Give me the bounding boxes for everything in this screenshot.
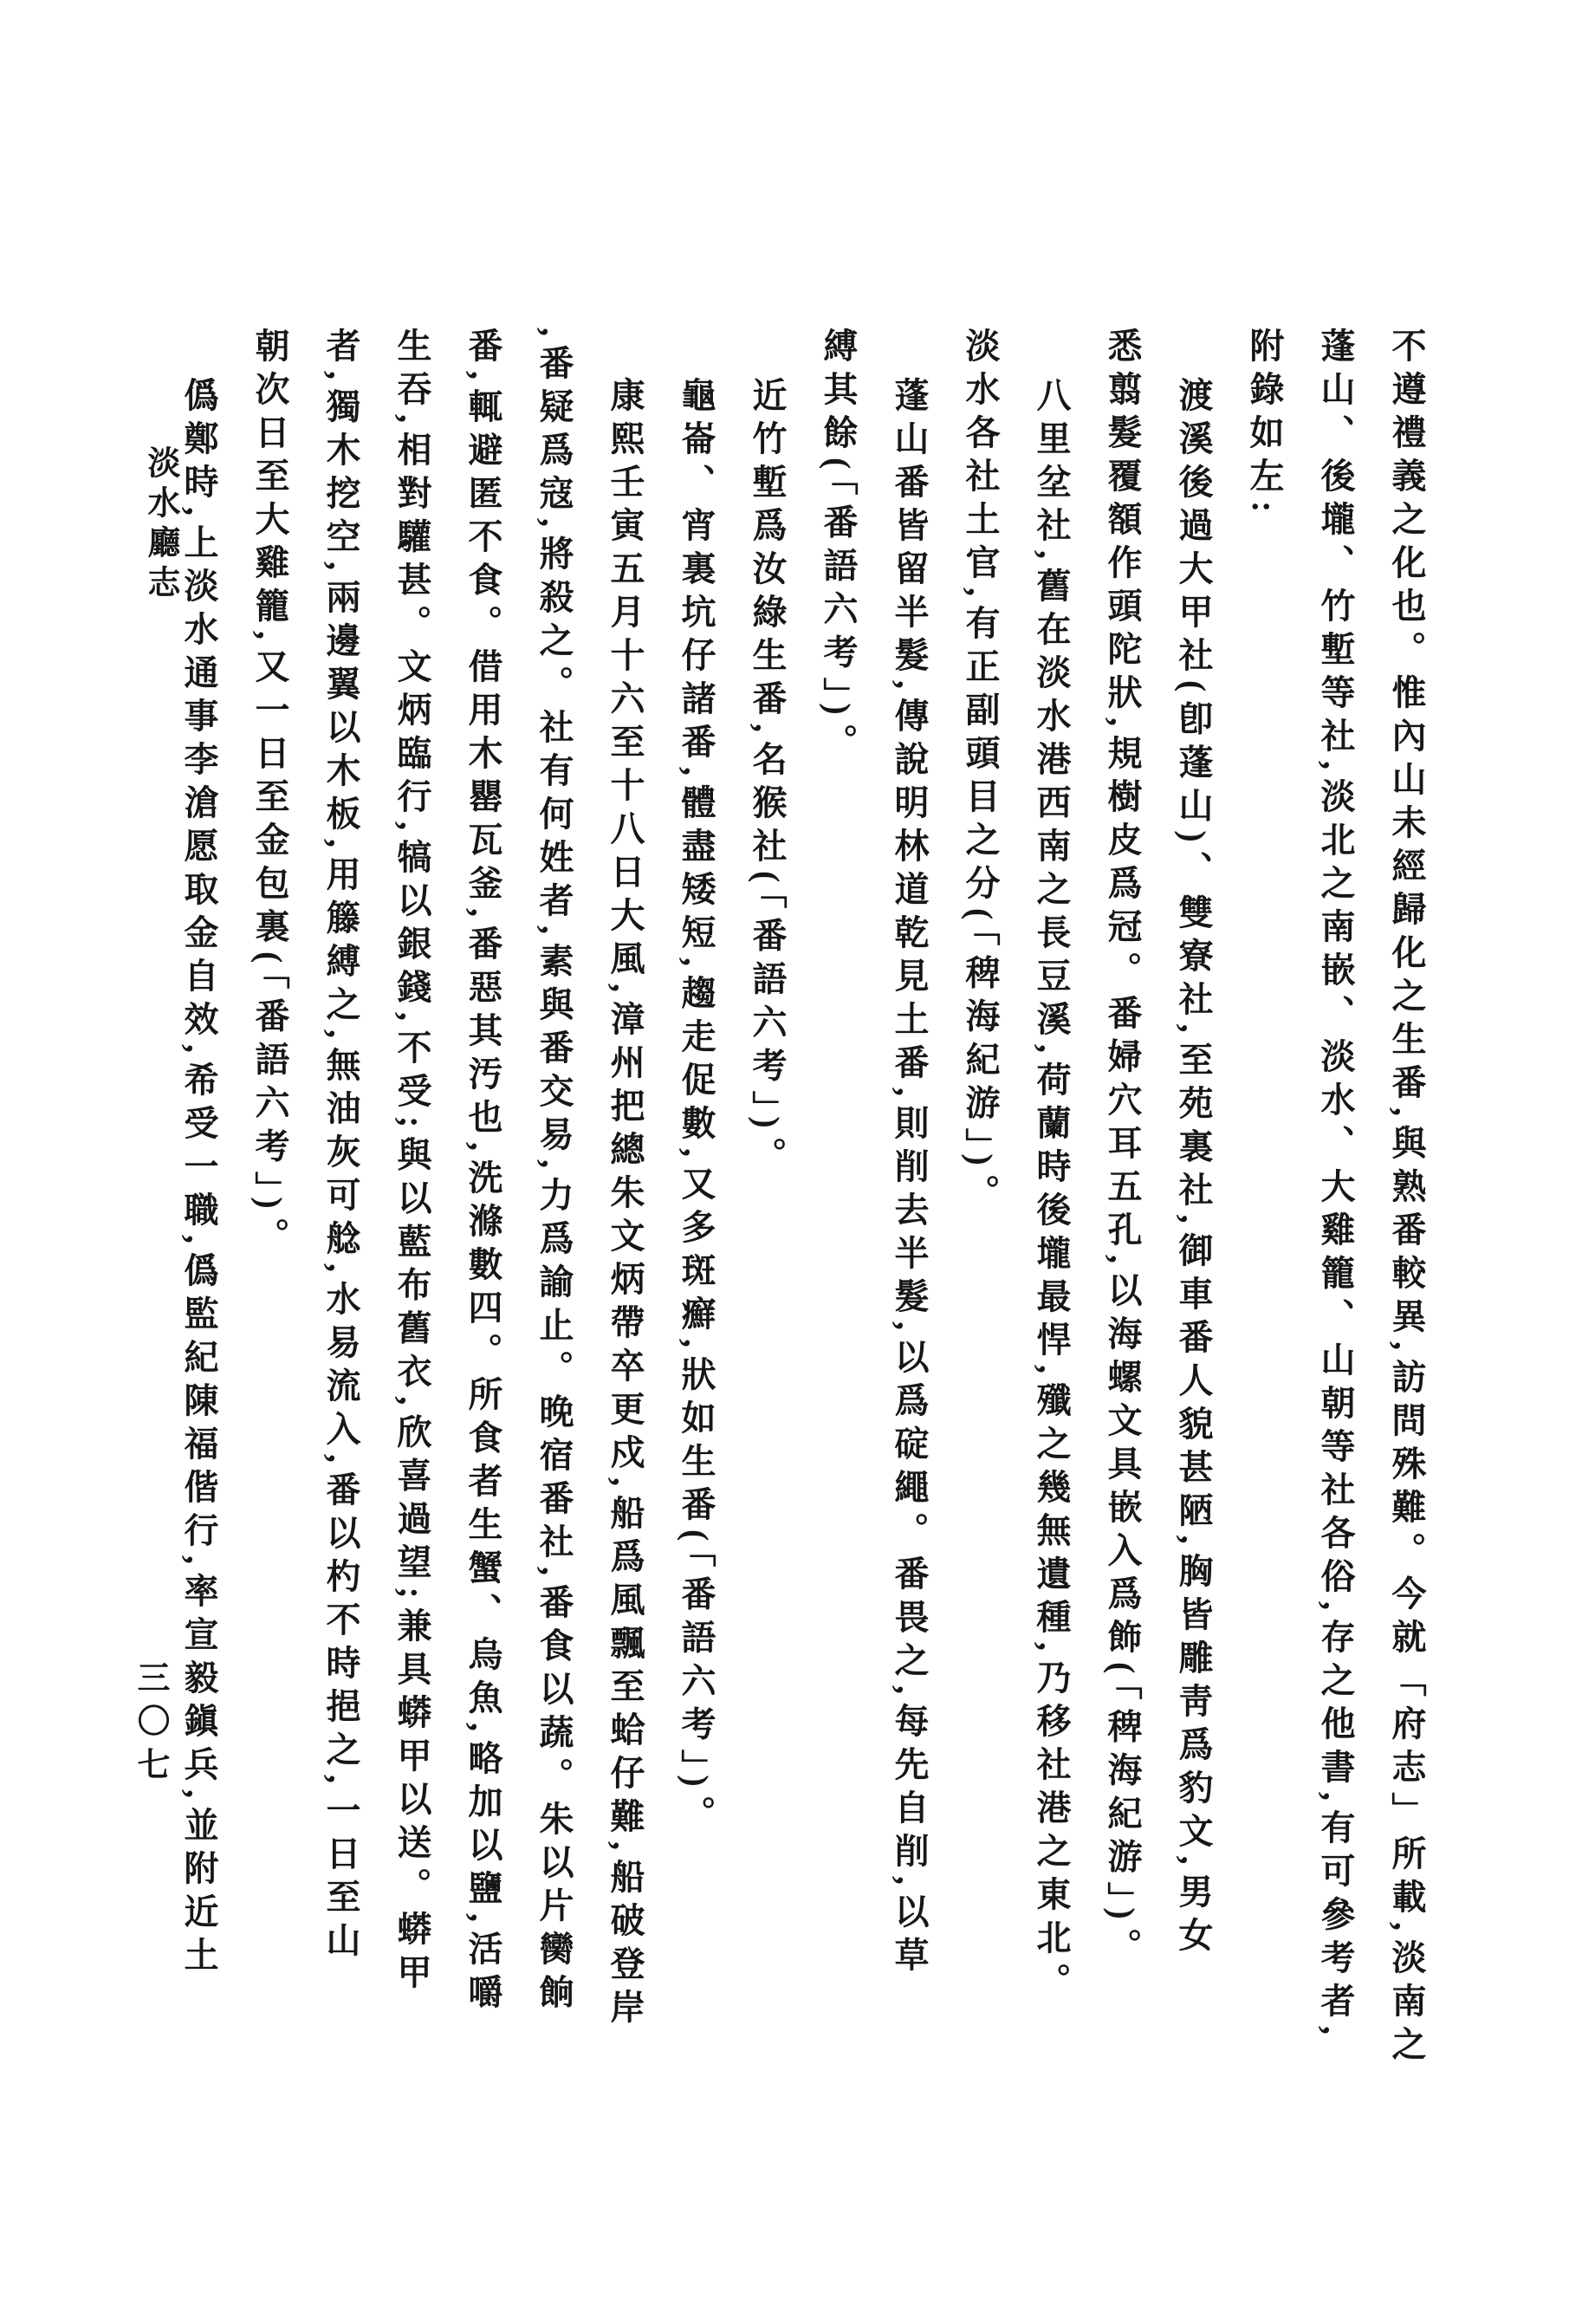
text-column: 蓬山番皆留半髮,傳說明林道乾見土番,則削去半髮,以爲碇繩。番畏之,每先自削,以草 (873, 328, 944, 2227)
text-column: 生吞,相對驩甚。文炳臨行,犒以銀錢,不受;與以藍布舊衣,欣喜過望;兼具蟒甲以送。… (376, 328, 447, 2178)
text-column: 僞鄭時,上淡水通事李滄愿取金自效,希受一職,僞監紀陳福偕行,率宣毅鎭兵,並附近土 (163, 328, 234, 2227)
text-column: 縛其餘(「番語六考」)。 (802, 328, 873, 2178)
text-column: 淡水各社土官,有正副頭目之分(「稗海紀游」)。 (944, 328, 1015, 2178)
text-column: 龜崙、宵裏坑仔諸番,體盡矮短,趨走促數,又多斑癬,狀如生番(「番語六考」)。 (660, 328, 731, 2227)
text-column: 蓬山、後壠、竹塹等社,淡北之南嵌、淡水、大雞籠、山朝等社各俗,存之他書,有可參考… (1300, 328, 1371, 2178)
text-column: 附錄如左: (1229, 328, 1300, 2178)
text-column: 八里坌社,舊在淡水港西南之長豆溪,荷蘭時後壠最悍,殲之幾無遺種,乃移社港之東北。 (1015, 328, 1086, 2227)
text-column: 者,獨木挖空,兩邊翼以木板,用籐縛之,無油灰可艌,水易流入,番以杓不時挹之,一日… (305, 328, 376, 2178)
text-column: 朝次日至大雞籠,又一日至金包裏(「番語六考」)。 (234, 328, 305, 2178)
scanned-book-page: 淡水廳志 三〇七 不遵禮義之化也。惟內山未經歸化之生番,與熟番較異,訪問殊難。今… (0, 0, 1582, 2324)
text-column: 番,輒避匿不食。借用木罌瓦釜,番惡其汚也,洗滌數四。所食者生蟹、烏魚,略加以鹽,… (447, 328, 518, 2178)
text-column: 不遵禮義之化也。惟內山未經歸化之生番,與熟番較異,訪問殊難。今就「府志」所載,淡… (1371, 328, 1442, 2178)
text-column: ,番疑爲寇,將殺之。社有何姓者,素與番交易,力爲諭止。晚宿番社,番食以蔬。朱以片… (518, 328, 589, 2178)
text-column: 悉翦髮覆額作頭陀狀,規樹皮爲冠。番婦穴耳五孔,以海螺文具嵌入爲飾(「稗海紀游」)… (1086, 328, 1157, 2178)
text-column: 康熙壬寅五月十六至十八日大風,漳州把總朱文炳帶卒更戍,船爲風飄至蛤仔難,船破登岸 (589, 328, 660, 2227)
text-block: 不遵禮義之化也。惟內山未經歸化之生番,與熟番較異,訪問殊難。今就「府志」所載,淡… (163, 328, 1442, 2178)
text-column: 渡溪後過大甲社(卽蓬山)、雙寮社,至苑裏社,御車番人貌甚陋,胸皆雕靑爲豹文,男女 (1157, 328, 1229, 2227)
text-column: 近竹塹爲汝綠生番,名猴社(「番語六考」)。 (731, 328, 802, 2227)
